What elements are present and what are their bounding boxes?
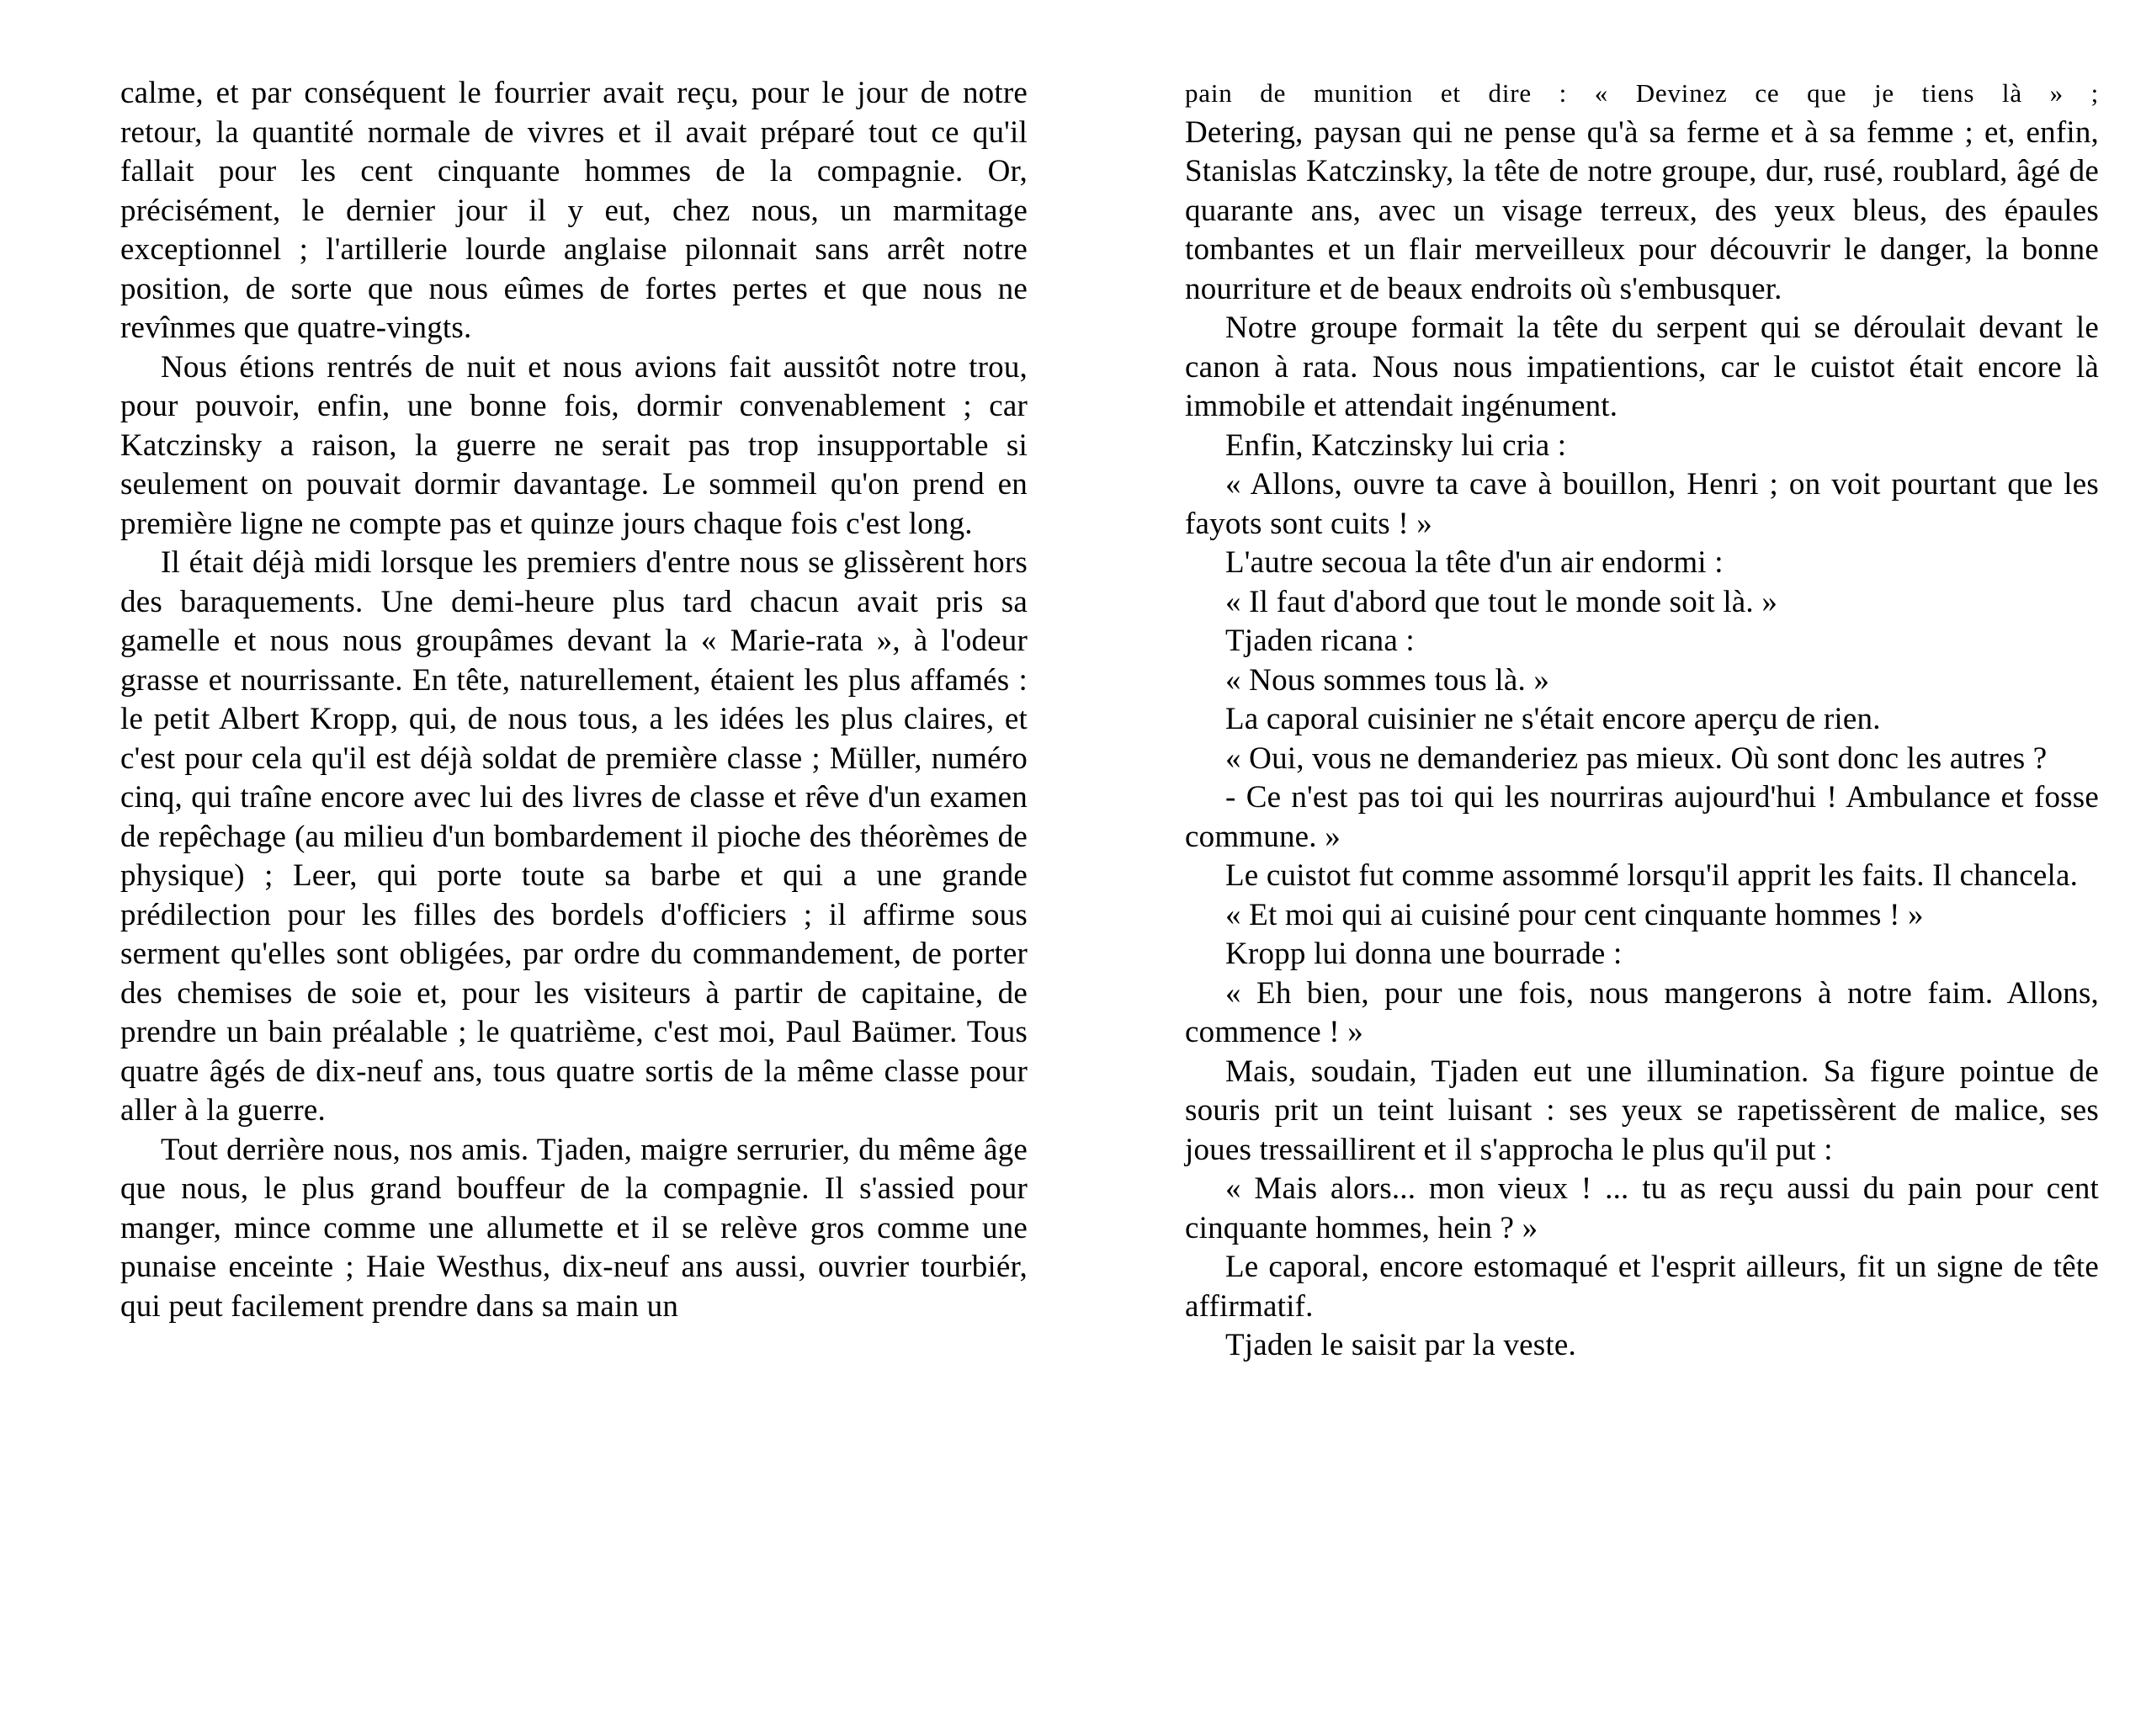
continuation-lead-line: pain de munition et dire : « Devinez ce … [1185,74,2099,114]
paragraph: Enfin, Katczinsky lui cria : [1185,427,2099,466]
paragraph: « Mais alors... mon vieux ! ... tu as re… [1185,1170,2099,1248]
paragraph: « Il faut d'abord que tout le monde soit… [1185,583,2099,623]
paragraph: « Nous sommes tous là. » [1185,661,2099,701]
book-spread: calme, et par conséquent le fourrier ava… [0,0,2146,1736]
paragraph: Tjaden le saisit par la veste. [1185,1326,2099,1366]
paragraph: Nous étions rentrés de nuit et nous avio… [120,348,1028,544]
paragraph: Detering, paysan qui ne pense qu'à sa fe… [1185,114,2099,310]
paragraph: Le caporal, encore estomaqué et l'esprit… [1185,1248,2099,1326]
paragraph: « Oui, vous ne demanderiez pas mieux. Où… [1185,740,2099,779]
paragraph: L'autre secoua la tête d'un air endormi … [1185,544,2099,583]
paragraph: - Ce n'est pas toi qui les nourriras auj… [1185,778,2099,857]
left-page-text-column: calme, et par conséquent le fourrier ava… [120,74,1028,1326]
paragraph: calme, et par conséquent le fourrier ava… [120,74,1028,348]
paragraph: La caporal cuisinier ne s'était encore a… [1185,700,2099,740]
paragraph: « Et moi qui ai cuisiné pour cent cinqua… [1185,896,2099,936]
paragraph: Tout derrière nous, nos amis. Tjaden, ma… [120,1131,1028,1327]
right-page-text-column: pain de munition et dire : « Devinez ce … [1185,74,2099,1366]
paragraph: « Allons, ouvre ta cave à bouillon, Henr… [1185,465,2099,544]
paragraph: Le cuistot fut comme assommé lorsqu'il a… [1185,857,2099,896]
paragraph: « Eh bien, pour une fois, nous mangerons… [1185,974,2099,1053]
paragraph: Notre groupe formait la tête du serpent … [1185,309,2099,427]
paragraph: Il était déjà midi lorsque les premiers … [120,544,1028,1131]
paragraph: Kropp lui donna une bourrade : [1185,935,2099,974]
paragraph: Mais, soudain, Tjaden eut une illuminati… [1185,1053,2099,1171]
paragraph: Tjaden ricana : [1185,622,2099,661]
